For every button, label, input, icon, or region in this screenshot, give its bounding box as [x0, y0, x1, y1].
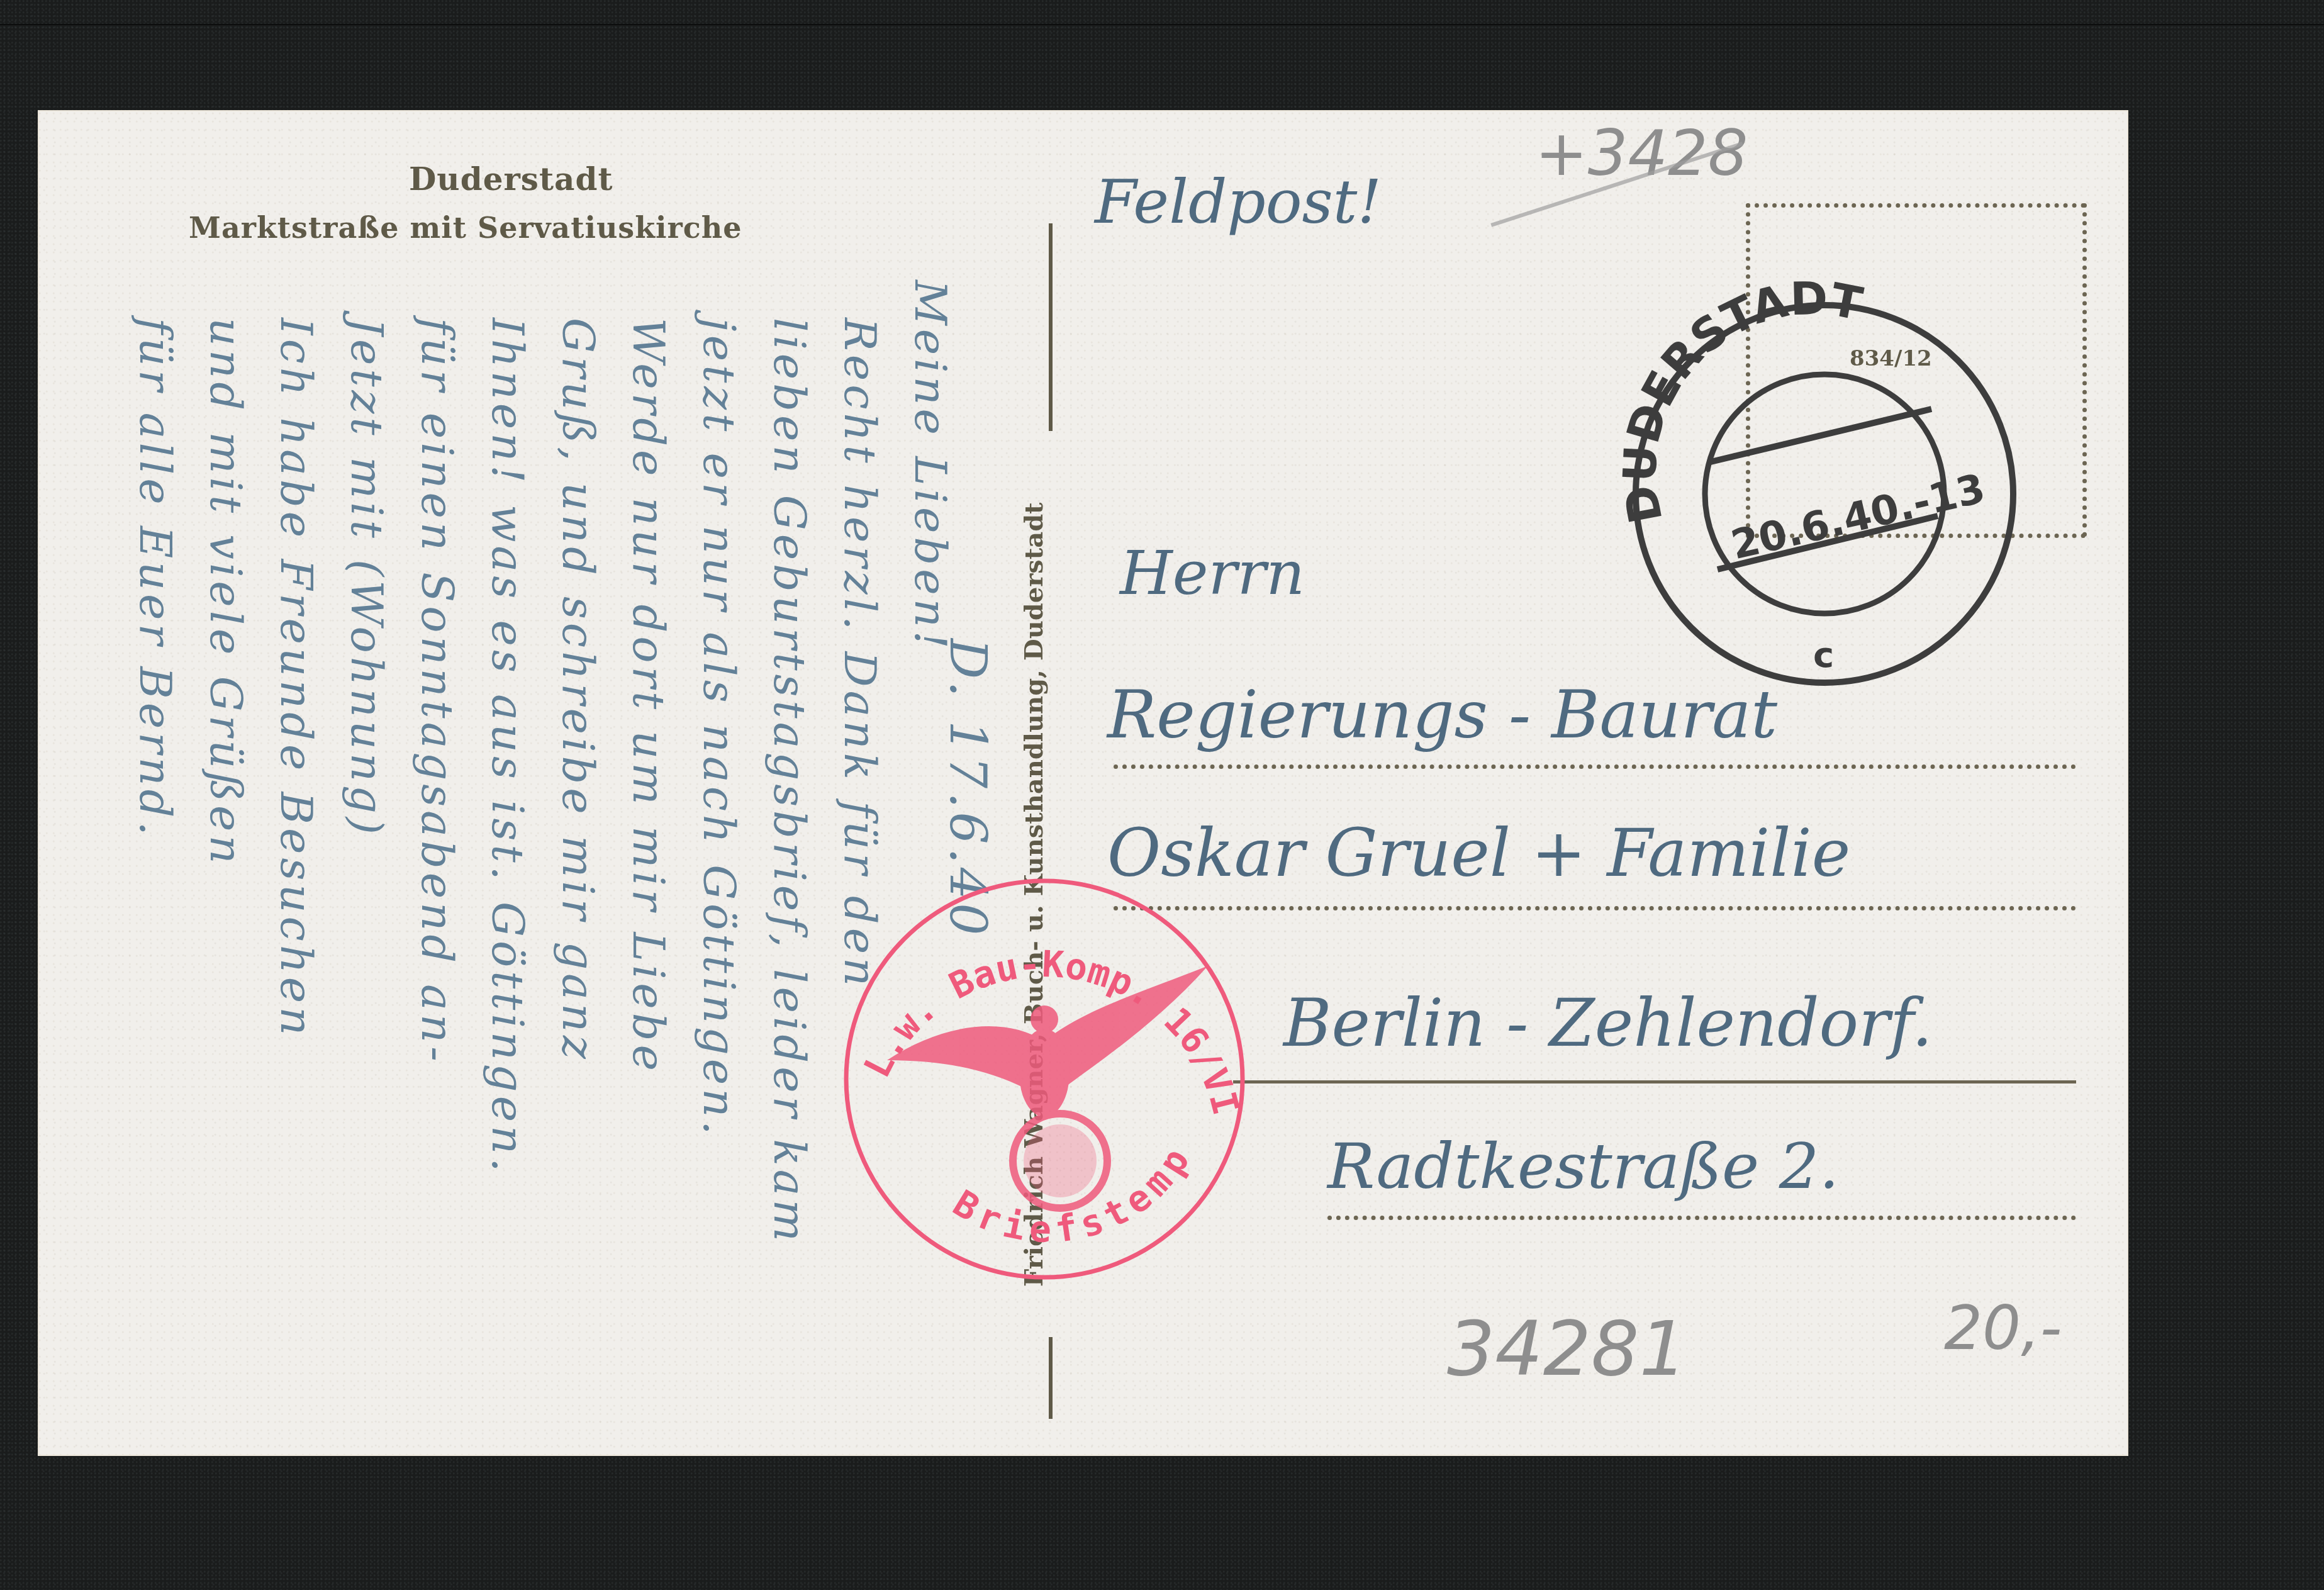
address-line-4 — [1327, 1216, 2076, 1220]
message-line: Ihnen! was es aus ist. Göttingen. — [482, 318, 534, 1175]
message-line: für alle Euer Bernd. — [130, 318, 181, 839]
message-line: und mit viele Grüßen — [200, 318, 252, 868]
message-line: Jetzt mit (Wohnung) — [341, 318, 393, 838]
address-line-1 — [1114, 764, 2076, 769]
album-mount-edge — [0, 24, 2324, 25]
message-line: Gruß, und schreibe mir ganz — [552, 318, 604, 1063]
message-line: jetzt er nur als nach Göttingen. — [693, 318, 745, 1139]
postcard-title: Duderstadt — [409, 160, 613, 198]
center-divider-top — [1049, 223, 1053, 431]
message-line: für einen Sonntagsabend an- — [411, 318, 463, 1065]
pencil-catalog-number: 34281 — [1447, 1306, 1687, 1393]
postmark-date: 20.6.40.-13 — [1727, 466, 1989, 569]
message-line: lieben Geburtstagsbrief, leider kam — [764, 318, 815, 1245]
address-salutation: Herrn — [1120, 538, 1305, 608]
unit-briefstempel: L.w. Bau-Komp. 16/VI Briefstempel — [818, 853, 1271, 1306]
feldpost-note: Feldpost! — [1095, 167, 1382, 237]
message-line: Ich habe Freunde Besuchen — [271, 318, 322, 1039]
address-street: Radtkestraße 2. — [1327, 1129, 1839, 1203]
svg-text:DUDERSTADT: DUDERSTADT — [1613, 274, 1867, 528]
stamp-box-top — [1746, 203, 2086, 208]
pencil-price: 20,- — [1944, 1293, 2062, 1363]
message-line: Werde nur dort um mir Liebe — [623, 318, 674, 1075]
postmark-town: DUDERSTADT — [1613, 274, 1867, 528]
address-city: Berlin - Zehlendorf. — [1283, 985, 1933, 1061]
message-line: Meine Lieben! — [905, 280, 956, 652]
center-divider-bottom — [1049, 1337, 1053, 1419]
postcard-subtitle: Marktstraße mit Servatiuskirche — [189, 211, 742, 245]
postmark-letter: c — [1813, 635, 1834, 676]
postcard: Duderstadt Marktstraße mit Servatiuskirc… — [38, 110, 2128, 1456]
stamp-box-right — [2082, 203, 2087, 537]
duderstadt-postmark: DUDERSTADT 20.6.40.-13 c — [1604, 274, 2045, 714]
address-line-3 — [1233, 1080, 2076, 1083]
